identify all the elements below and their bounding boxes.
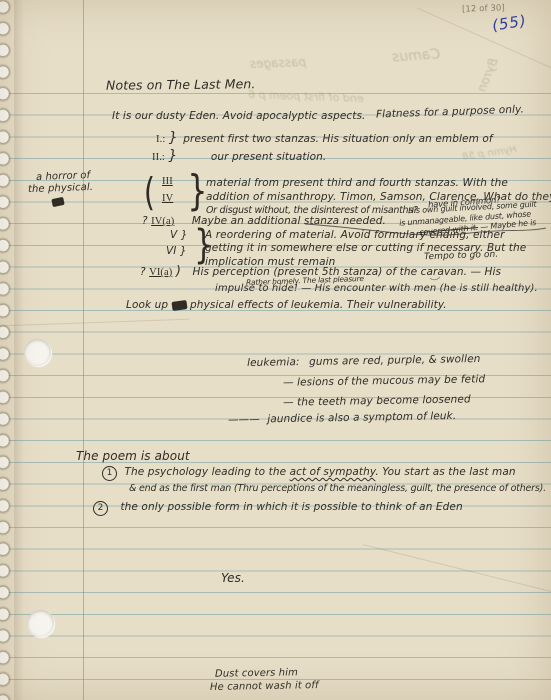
bleedthrough-text: Byron — [475, 56, 501, 94]
question-mark: ? — [140, 266, 146, 278]
roman-numeral-vi: VI } — [166, 245, 187, 257]
lookup-post: physical effects of leukemia. Their vuln… — [190, 299, 447, 311]
outline-row-iva: ? IV(a) Maybe an additional stanza neede… — [142, 215, 386, 227]
brace-glyph: } — [169, 130, 178, 146]
page-number-blue: (55) — [491, 11, 528, 34]
spiral-torn-edge — [0, 0, 16, 700]
question-mark: ? — [142, 215, 148, 227]
outline-row-i: I.: } present first two stanzas. His sit… — [156, 130, 493, 146]
yes-note: Yes. — [221, 571, 245, 585]
roman-numeral-iii: III — [162, 176, 173, 187]
roman-numeral-ii: II.: — [152, 152, 165, 163]
margin-note-line1: a horror of — [36, 170, 90, 183]
lookup-pre: Look up — [126, 299, 168, 311]
outline-row-ii: II.: } our present situation. — [152, 148, 326, 164]
punch-hole-bottom — [27, 610, 54, 637]
close-paren-glyph: ) — [176, 264, 181, 279]
point1-pre: The psychology leading to the — [124, 466, 289, 478]
bottom-line-2: He cannot wash it off — [210, 680, 319, 693]
roman-numeral-iv: IV — [162, 193, 173, 204]
point2-text: the only possible form in which it is po… — [120, 501, 462, 513]
scribbled-out-word — [171, 300, 187, 311]
outline-ii-text: our present situation. — [211, 151, 326, 163]
outline-via-text2: impulse to hide! — His encounter with me… — [215, 283, 538, 294]
page-title: Notes on The Last Men. — [106, 76, 256, 93]
circled-number-2: 2 — [93, 501, 108, 516]
poem-point-2: 2 the only possible form in which it is … — [93, 501, 463, 516]
roman-numeral-iva: IV(a) — [151, 216, 174, 227]
lookup-line: Look up physical effects of leukemia. Th… — [126, 299, 447, 311]
punch-hole-top — [24, 339, 51, 366]
outline-v-vi-text1: A reordering of material. Avoid formular… — [205, 229, 505, 241]
brace-glyph: } — [168, 148, 177, 164]
red-margin-line — [83, 0, 84, 700]
point1-post: . You start as the last man — [375, 466, 515, 478]
bottom-line-1: Dust covers him — [215, 667, 298, 679]
outline-iii-iv-text1: material from present third and fourth s… — [206, 177, 508, 189]
open-paren-glyph: ( — [144, 170, 155, 214]
manuscript-page: passages Camus end of first poem p 6 Byr… — [0, 0, 551, 700]
poem-point-1: 1 The psychology leading to the act of s… — [102, 466, 516, 481]
margin-note-line2: the physical. — [28, 182, 93, 195]
point1-underlined: act of sympathy — [290, 466, 376, 478]
circled-number-1: 1 — [102, 466, 117, 481]
roman-numeral-via: VI(a) — [149, 267, 172, 278]
outline-iva-text: Maybe an additional stanza needed. — [192, 215, 386, 227]
brace-glyph: } — [187, 166, 207, 215]
bleedthrough-text: Camus — [392, 46, 441, 65]
pencil-folio-note: [12 of 30] — [462, 3, 505, 14]
intro-line: It is our dusty Eden. Avoid apocalyptic … — [112, 110, 524, 122]
poem-point-1-cont: & end as the first man (Thru perceptions… — [129, 483, 546, 494]
long-dash: ——— — [228, 413, 260, 426]
intro-text-a: It is our dusty Eden. Avoid apocalyptic … — [112, 110, 366, 122]
poem-about-heading: The poem is about — [76, 449, 190, 463]
roman-numeral-v: V } — [170, 229, 188, 241]
bleedthrough-text: passages — [250, 55, 307, 71]
roman-numeral-i: I.: — [156, 134, 165, 145]
outline-i-text: present first two stanzas. His situation… — [183, 133, 492, 145]
leukemia-heading: leukemia: — [247, 356, 300, 369]
